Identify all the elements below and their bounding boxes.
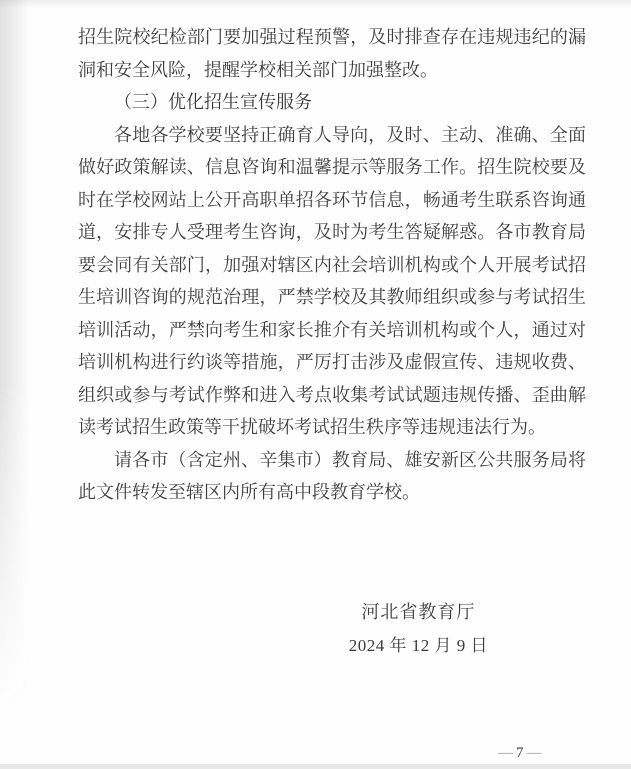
- paragraph-continuation: 招生院校纪检部门要加强过程预警，及时排查存在违规违纪的漏洞和安全风险，提醒学校相…: [78, 21, 586, 86]
- paragraph-forwarding-note: 请各市（含定州、辛集市）教育局、雄安新区公共服务局将此文件转发至辖区内所有高中段…: [78, 444, 586, 509]
- signature-date: 2024 年 12 月 9 日: [349, 629, 488, 662]
- section-heading-3: （三）优化招生宣传服务: [78, 86, 586, 119]
- document-body: 招生院校纪检部门要加强过程预警，及时排查存在违规违纪的漏洞和安全风险，提醒学校相…: [0, 0, 631, 662]
- footer-left-dash: —: [498, 745, 514, 761]
- page-number-footer: —7—: [498, 744, 543, 762]
- scan-bottom-edge: [0, 764, 631, 769]
- signature-block: 河北省教育厅 2024 年 12 月 9 日: [349, 596, 488, 662]
- footer-right-dash: —: [527, 745, 543, 761]
- signature-organization: 河北省教育厅: [349, 596, 488, 629]
- page-number: 7: [514, 745, 527, 761]
- paragraph-main: 各地各学校要坚持正确育人导向，及时、主动、准确、全面做好政策解读、信息咨询和温馨…: [78, 119, 586, 444]
- scanned-document-page: 招生院校纪检部门要加强过程预警，及时排查存在违规违纪的漏洞和安全风险，提醒学校相…: [0, 0, 631, 769]
